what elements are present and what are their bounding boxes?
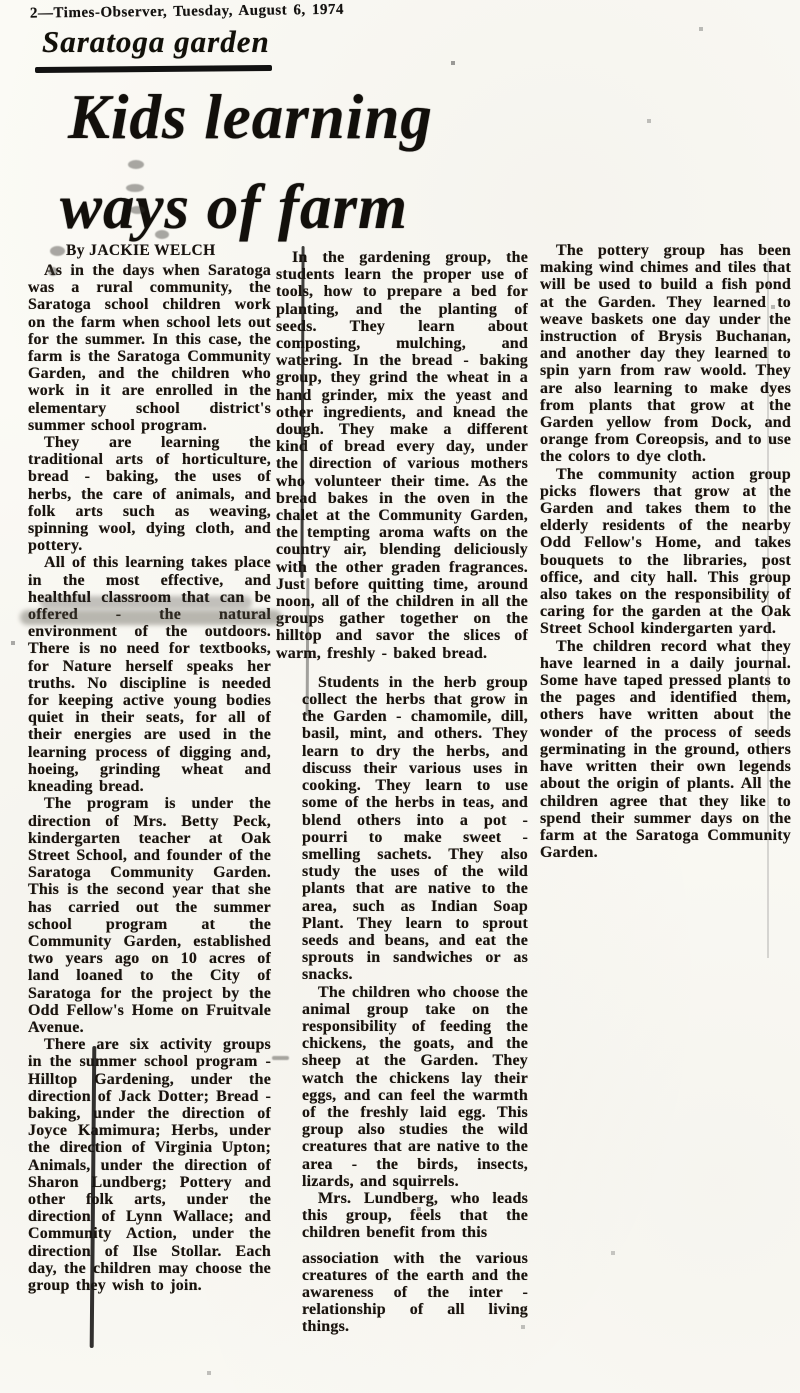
article-paragraph: The pottery group has been making wind c… bbox=[540, 242, 791, 466]
article-column-3: The pottery group has been making wind c… bbox=[540, 242, 791, 861]
margin-smudge bbox=[48, 267, 58, 276]
margin-smudge bbox=[272, 1056, 289, 1060]
article-paragraph: Students in the herb group collect the h… bbox=[302, 674, 528, 984]
article-paragraph: The children record what they have learn… bbox=[540, 638, 791, 862]
article-paragraph: The children who choose the animal group… bbox=[302, 984, 528, 1190]
margin-smudge bbox=[130, 206, 145, 214]
section-header: Saratoga garden bbox=[42, 26, 270, 57]
ink-smear bbox=[40, 596, 252, 609]
article-paragraph: As in the days when Saratoga was a rural… bbox=[28, 262, 271, 434]
article-paragraph: There are six activity groups in the sum… bbox=[28, 1036, 271, 1294]
article-paragraph: In the gardening group, the students lea… bbox=[276, 249, 528, 662]
ink-smear bbox=[20, 610, 282, 625]
margin-smudge bbox=[155, 230, 169, 239]
clipping-edge-shadow bbox=[767, 258, 769, 958]
article-paragraph: All of this learning takes place in the … bbox=[28, 554, 271, 795]
article-column-2: In the gardening group, the students lea… bbox=[276, 249, 528, 1336]
margin-smudge bbox=[128, 160, 144, 169]
article-column-1: As in the days when Saratoga was a rural… bbox=[28, 262, 271, 1294]
newspaper-page: 2—Times-Observer, Tuesday, August 6, 197… bbox=[0, 0, 800, 1393]
article-paragraph: They are learning the traditional arts o… bbox=[28, 434, 271, 554]
headline-line-1: Kids learning bbox=[68, 86, 433, 149]
article-paragraph: The program is under the direction of Mr… bbox=[28, 795, 271, 1036]
margin-smudge bbox=[50, 246, 65, 256]
scan-specks bbox=[0, 0, 2, 2]
margin-smudge bbox=[126, 184, 144, 192]
byline: By JACKIE WELCH bbox=[66, 243, 216, 259]
article-paragraph: Mrs. Lundberg, who leads this group, fee… bbox=[302, 1190, 528, 1242]
article-paragraph-continuation: association with the various creatures o… bbox=[302, 1250, 528, 1336]
article-paragraph: The community action group picks flowers… bbox=[540, 466, 791, 638]
section-underline-rule bbox=[35, 65, 272, 73]
masthead: 2—Times-Observer, Tuesday, August 6, 197… bbox=[30, 0, 450, 22]
headline-line-2: ways of farm bbox=[60, 176, 408, 239]
